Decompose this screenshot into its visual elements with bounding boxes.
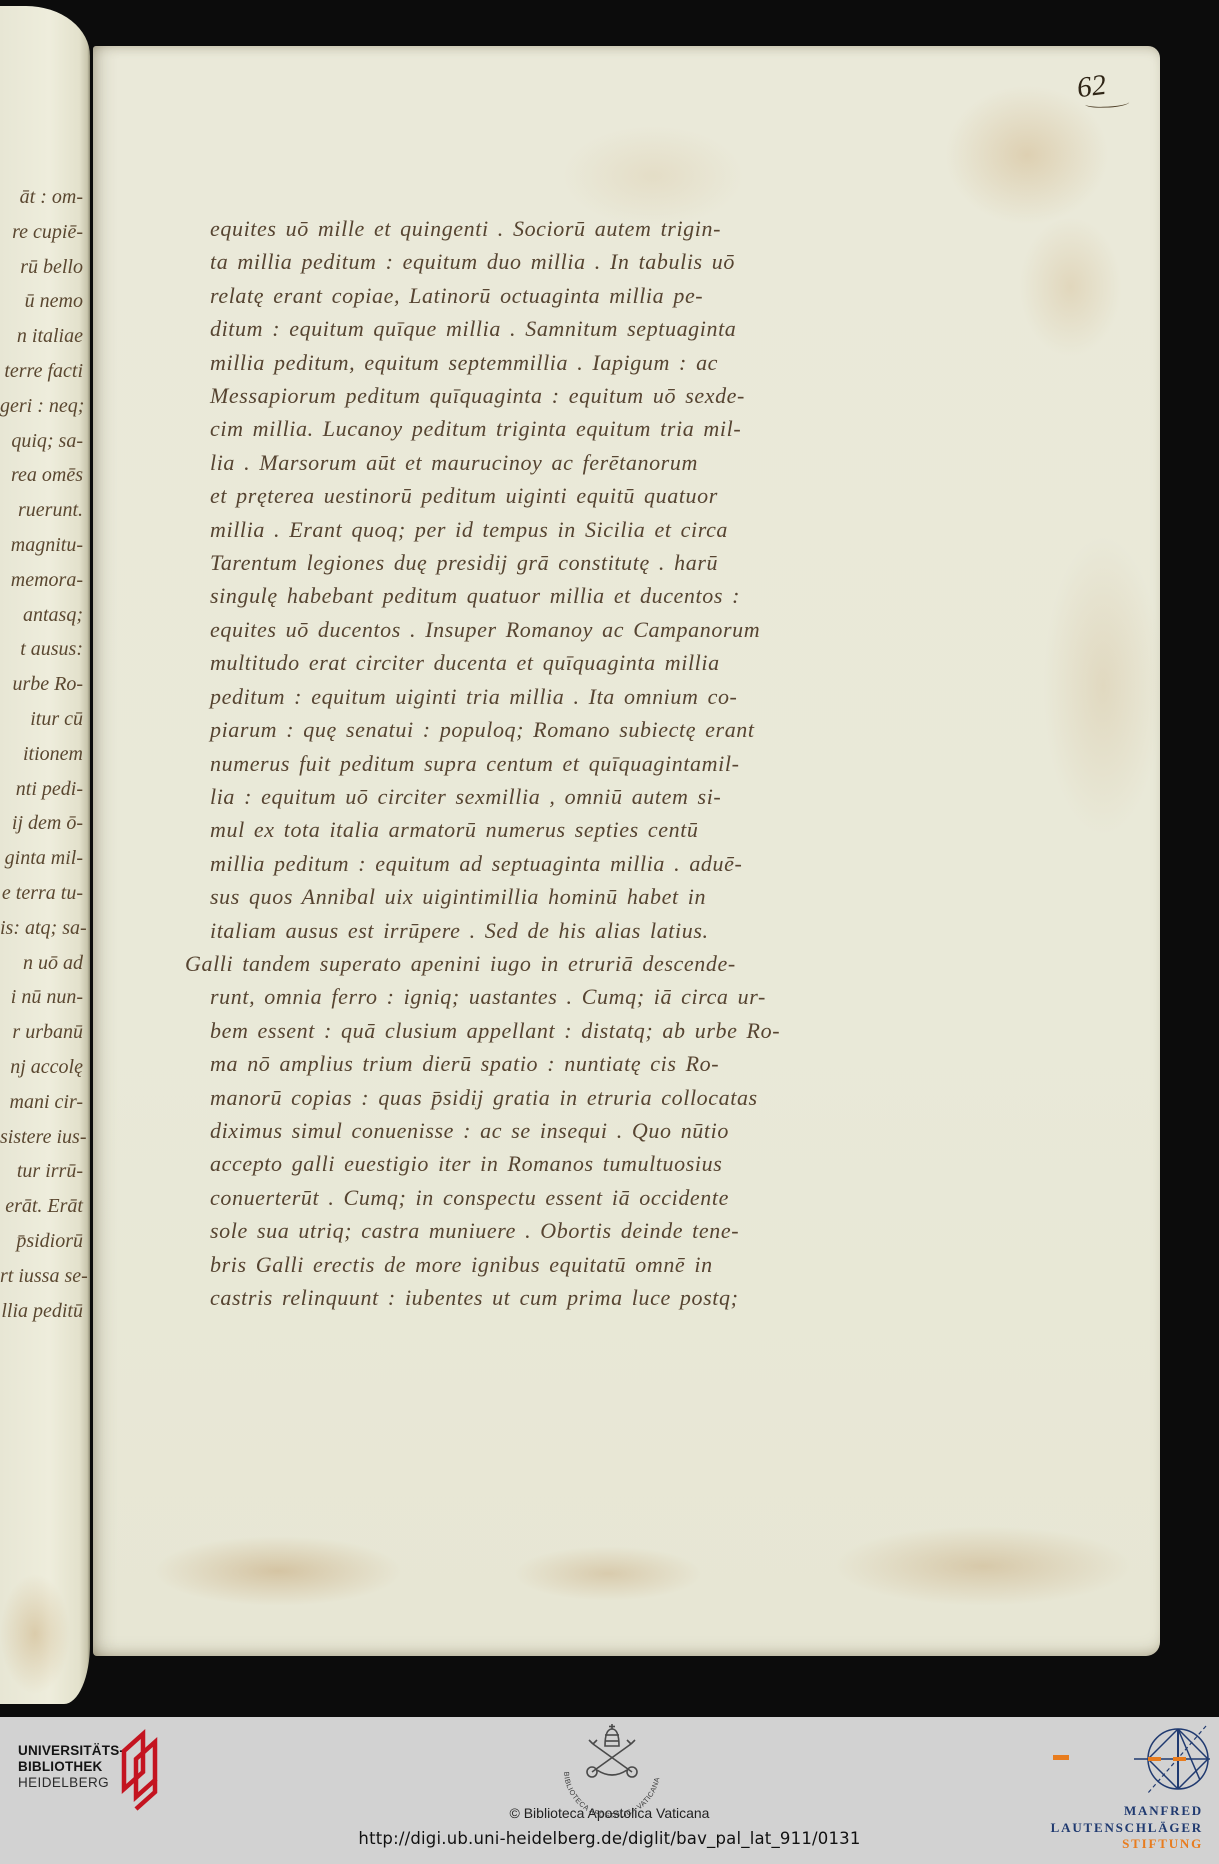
manuscript-line: lia : equitum uō circiter sexmillia , om…	[210, 780, 890, 813]
manuscript-line: castris relinquunt : iubentes ut cum pri…	[210, 1281, 890, 1314]
margin-fragment: antasq;	[0, 598, 83, 633]
footer-credit-bar: UNIVERSITÄTS- BIBLIOTHEK HEIDELBERG	[0, 1717, 1219, 1864]
manuscript-line: sole sua utriq; castra muniuere . Oborti…	[210, 1214, 890, 1247]
margin-fragment: memora-	[0, 563, 83, 598]
margin-fragment: erāt. Erāt	[0, 1189, 83, 1224]
manuscript-line: bris Galli erectis de more ignibus equit…	[210, 1248, 890, 1281]
margin-fragment: ruerunt.	[0, 493, 83, 528]
margin-fragment: n italiae	[0, 319, 83, 354]
manuscript-line: conuerterūt . Cumq; in conspectu essent …	[210, 1181, 890, 1214]
margin-fragment: geri : neq;	[0, 389, 83, 424]
manuscript-line: peditum : equitum uiginti tria millia . …	[210, 680, 890, 713]
parchment-stain	[153, 1536, 403, 1606]
manuscript-line: ta millia peditum : equitum duo millia .…	[210, 245, 890, 278]
manuscript-line: Galli tandem superato apenini iugo in et…	[185, 947, 890, 980]
manuscript-line: piarum : quę senatui : populoq; Romano s…	[210, 713, 890, 746]
ub-line-2: BIBLIOTHEK	[18, 1759, 124, 1775]
manuscript-line: millia peditum : equitum ad septuaginta …	[210, 847, 890, 880]
facing-page-text-fragments: āt : om-re cupiē-rū belloū nemon italiae…	[0, 180, 83, 1328]
persistent-url: http://digi.ub.uni-heidelberg.de/diglit/…	[0, 1829, 1219, 1848]
manuscript-line: lia . Marsorum aūt et maurucinoy ac ferē…	[210, 446, 890, 479]
manuscript-page: 62 equites uō mille et quingenti . Socio…	[93, 46, 1160, 1656]
digitized-manuscript-scan: āt : om-re cupiē-rū belloū nemon italiae…	[0, 0, 1219, 1864]
manuscript-line: sus quos Annibal uix uigintimillia homin…	[210, 880, 890, 913]
margin-fragment: rea omēs	[0, 458, 83, 493]
mls-dash-icon	[1053, 1755, 1069, 1760]
manuscript-line: equites uō mille et quingenti . Sociorū …	[210, 212, 890, 245]
ub-heidelberg-logo-icon	[112, 1727, 166, 1815]
margin-fragment: p̄sidiorū	[0, 1224, 83, 1259]
parchment-stain	[513, 1546, 703, 1601]
margin-fragment: nj accolę	[0, 1050, 83, 1085]
manuscript-line: millia peditum, equitum septemmillia . I…	[210, 346, 890, 379]
margin-fragment: ū nemo	[0, 284, 83, 319]
margin-fragment: rū bello	[0, 250, 83, 285]
parchment-stain	[563, 126, 743, 226]
margin-fragment: nti pedi-	[0, 772, 83, 807]
margin-fragment: itur cū	[0, 702, 83, 737]
manuscript-line: et pręterea uestinorū peditum uiginti eq…	[210, 479, 890, 512]
margin-fragment: re cupiē-	[0, 215, 83, 250]
vatican-copyright: © Biblioteca Apostolica Vaticana	[0, 1805, 1219, 1821]
mls-line-1: MANFRED	[1051, 1803, 1203, 1820]
ub-line-3: HEIDELBERG	[18, 1775, 124, 1791]
parchment-stain	[833, 1526, 1133, 1606]
margin-fragment: r urbanū	[0, 1015, 83, 1050]
margin-fragment: āt : om-	[0, 180, 83, 215]
manuscript-line: ma nō amplius trium dierū spatio : nunti…	[210, 1047, 890, 1080]
manuscript-line: numerus fuit peditum supra centum et quī…	[210, 747, 890, 780]
margin-fragment: is: atq; sa-	[0, 911, 83, 946]
margin-fragment: rt iussa se-	[0, 1259, 83, 1294]
mls-wordmark: MANFRED LAUTENSCHLÄGER STIFTUNG	[1051, 1803, 1203, 1853]
ub-line-1: UNIVERSITÄTS-	[18, 1743, 124, 1759]
margin-fragment: ij dem ō-	[0, 806, 83, 841]
margin-fragment: mani cir-	[0, 1085, 83, 1120]
parchment-stain	[1043, 536, 1160, 836]
folio-number: 62	[1075, 64, 1149, 105]
manuscript-line: cim millia. Lucanoy peditum triginta equ…	[210, 412, 890, 445]
manuscript-line: accepto galli euestigio iter in Romanos …	[210, 1147, 890, 1180]
manuscript-line: manorū copias : quas p̄sidij gratia in e…	[210, 1081, 890, 1114]
margin-fragment: urbe Ro-	[0, 667, 83, 702]
margin-fragment: quiq; sa-	[0, 424, 83, 459]
manuscript-text: equites uō mille et quingenti . Sociorū …	[210, 212, 890, 1314]
margin-fragment: i nū nun-	[0, 980, 83, 1015]
margin-fragment: magnitu-	[0, 528, 83, 563]
manuscript-line: italiam ausus est irrūpere . Sed de his …	[210, 914, 890, 947]
mls-globe-icon	[1128, 1725, 1214, 1797]
manuscript-line: multitudo erat circiter ducenta et quīqu…	[210, 646, 890, 679]
margin-fragment: llia peditū	[0, 1294, 83, 1329]
margin-fragment: sistere ius-	[0, 1120, 83, 1155]
margin-fragment: terre facti	[0, 354, 83, 389]
facing-page-edge: āt : om-re cupiē-rū belloū nemon italiae…	[0, 6, 90, 1704]
manuscript-line: bem essent : quā clusium appellant : dis…	[210, 1014, 890, 1047]
parchment-stain	[0, 1574, 70, 1694]
manuscript-line: Messapiorum peditum quīquaginta : equitu…	[210, 379, 890, 412]
mls-line-3: STIFTUNG	[1051, 1836, 1203, 1853]
margin-fragment: e terra tu-	[0, 876, 83, 911]
margin-fragment: tur irrū-	[0, 1154, 83, 1189]
margin-fragment: itionem	[0, 737, 83, 772]
margin-fragment: t ausus:	[0, 632, 83, 667]
manuscript-line: ditum : equitum quīque millia . Samnitum…	[210, 312, 890, 345]
mls-line-2: LAUTENSCHLÄGER	[1051, 1820, 1203, 1837]
manuscript-line: Tarentum legiones duę presidij grā const…	[210, 546, 890, 579]
ub-heidelberg-wordmark: UNIVERSITÄTS- BIBLIOTHEK HEIDELBERG	[18, 1743, 124, 1791]
margin-fragment: n uō ad	[0, 946, 83, 981]
manuscript-line: diximus simul conuenisse : ac se insequi…	[210, 1114, 890, 1147]
margin-fragment: ginta mil-	[0, 841, 83, 876]
manuscript-line: mul ex tota italia armatorū numerus sept…	[210, 813, 890, 846]
manuscript-line: millia . Erant quoq; per id tempus in Si…	[210, 513, 890, 546]
manuscript-line: runt, omnia ferro : igniq; uastantes . C…	[210, 980, 890, 1013]
manuscript-line: singulę habebant peditum quatuor millia …	[210, 579, 890, 612]
manuscript-line: relatę erant copiae, Latinorū octuaginta…	[210, 279, 890, 312]
manuscript-line: equites uō ducentos . Insuper Romanoy ac…	[210, 613, 890, 646]
